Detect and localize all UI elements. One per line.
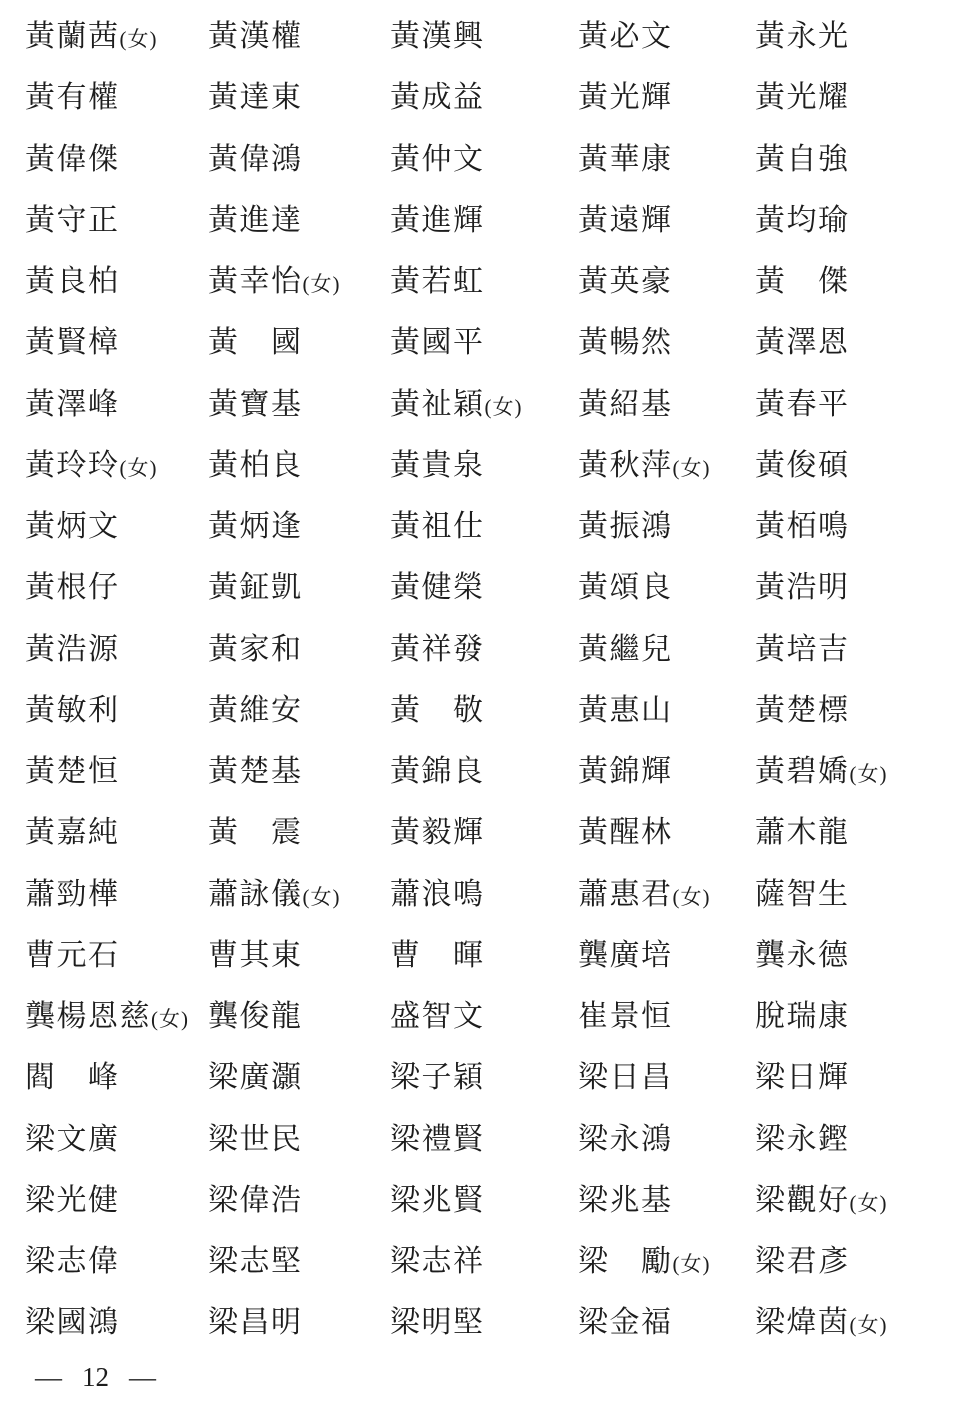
person-name: 黃家和 xyxy=(208,633,303,666)
name-entry: 梁煒茵(女) xyxy=(755,1304,959,1344)
person-name: 黃炳文 xyxy=(25,510,120,543)
name-entry: 梁兆基 xyxy=(578,1182,755,1220)
name-entry: 黃錦輝 xyxy=(578,753,755,791)
person-name: 閻 峰 xyxy=(25,1061,120,1094)
person-name: 黃秋萍 xyxy=(578,449,673,482)
person-name: 黃炳逢 xyxy=(208,510,303,543)
person-name: 黃春平 xyxy=(755,388,850,421)
name-entry: 黃偉鴻 xyxy=(208,141,390,179)
person-name: 梁兆基 xyxy=(578,1184,673,1217)
person-name: 黃敏利 xyxy=(25,694,120,727)
person-name: 蕭勁樺 xyxy=(25,878,120,911)
name-entry: 黃敏利 xyxy=(25,692,208,730)
person-name: 黃華康 xyxy=(578,143,673,176)
name-entry: 黃俊碩 xyxy=(755,447,959,485)
name-grid: 黃蘭茜(女)黃漢權黃漢興黃必文黃永光黃有權黃達東黃成益黃光輝黃光耀黃偉傑黃偉鴻黃… xyxy=(25,18,959,1366)
name-entry: 薩智生 xyxy=(755,876,959,914)
person-name: 黃健榮 xyxy=(390,571,485,604)
name-entry: 龔俊龍 xyxy=(208,998,390,1036)
name-entry: 龔永德 xyxy=(755,937,959,975)
name-entry: 黃蘭茜(女) xyxy=(25,18,208,58)
person-name: 黃賢樟 xyxy=(25,326,120,359)
person-name: 黃進達 xyxy=(208,204,303,237)
person-name: 薩智生 xyxy=(755,878,850,911)
name-entry: 蕭勁樺 xyxy=(25,876,208,914)
name-entry: 梁廣灝 xyxy=(208,1059,390,1097)
name-entry: 黃漢權 xyxy=(208,18,390,56)
name-entry: 黃嘉純 xyxy=(25,814,208,852)
name-entry: 黃浩明 xyxy=(755,569,959,607)
person-name: 黃紹基 xyxy=(578,388,673,421)
female-marker: (女) xyxy=(120,27,158,51)
person-name: 黃漢權 xyxy=(208,20,303,53)
name-entry: 蕭詠儀(女) xyxy=(208,876,390,916)
name-entry: 黃浩源 xyxy=(25,631,208,669)
footer-left-dash: — xyxy=(35,1360,62,1394)
name-entry: 黃賢樟 xyxy=(25,324,208,362)
person-name: 黃永光 xyxy=(755,20,850,53)
person-name: 黃若虹 xyxy=(390,265,485,298)
person-name: 黃光輝 xyxy=(578,81,673,114)
person-name: 黃嘉純 xyxy=(25,816,120,849)
name-entry: 黃春平 xyxy=(755,386,959,424)
name-entry: 崔景恒 xyxy=(578,998,755,1036)
person-name: 梁兆賢 xyxy=(390,1184,485,1217)
name-entry: 黃進達 xyxy=(208,202,390,240)
female-marker: (女) xyxy=(850,1191,888,1215)
person-name: 黃頌良 xyxy=(578,571,673,604)
person-name: 梁文廣 xyxy=(25,1123,120,1156)
person-name: 龔廣培 xyxy=(578,939,673,972)
name-entry: 黃 傑 xyxy=(755,263,959,301)
name-entry: 梁志偉 xyxy=(25,1243,208,1281)
name-entry: 黃醒林 xyxy=(578,814,755,852)
name-entry: 梁文廣 xyxy=(25,1121,208,1159)
name-entry: 黃培吉 xyxy=(755,631,959,669)
person-name: 黃成益 xyxy=(390,81,485,114)
name-entry: 梁世民 xyxy=(208,1121,390,1159)
name-entry: 梁光健 xyxy=(25,1182,208,1220)
name-entry: 黃達東 xyxy=(208,79,390,117)
person-name: 黃 震 xyxy=(208,816,303,849)
person-name: 黃楚基 xyxy=(208,755,303,788)
name-entry: 黃自強 xyxy=(755,141,959,179)
name-entry: 黃守正 xyxy=(25,202,208,240)
person-name: 黃振鴻 xyxy=(578,510,673,543)
person-name: 黃貴泉 xyxy=(390,449,485,482)
name-entry: 黃鉦凱 xyxy=(208,569,390,607)
person-name: 黃祥發 xyxy=(390,633,485,666)
name-entry: 蕭惠君(女) xyxy=(578,876,755,916)
name-entry: 黃維安 xyxy=(208,692,390,730)
person-name: 黃必文 xyxy=(578,20,673,53)
name-entry: 黃良柏 xyxy=(25,263,208,301)
name-entry: 梁金福 xyxy=(578,1304,755,1342)
person-name: 黃毅輝 xyxy=(390,816,485,849)
person-name: 梁偉浩 xyxy=(208,1184,303,1217)
person-name: 梁 勵 xyxy=(578,1245,673,1278)
name-entry: 黃祉穎(女) xyxy=(390,386,578,426)
person-name: 黃澤峰 xyxy=(25,388,120,421)
name-entry: 梁永鴻 xyxy=(578,1121,755,1159)
person-name: 蕭詠儀 xyxy=(208,878,303,911)
person-name: 崔景恒 xyxy=(578,1000,673,1033)
person-name: 黃維安 xyxy=(208,694,303,727)
person-name: 黃錦良 xyxy=(390,755,485,788)
name-entry: 黃毅輝 xyxy=(390,814,578,852)
person-name: 梁永鴻 xyxy=(578,1123,673,1156)
name-entry: 黃根仔 xyxy=(25,569,208,607)
person-name: 曹 暉 xyxy=(390,939,485,972)
name-entry: 黃祥發 xyxy=(390,631,578,669)
person-name: 黃自強 xyxy=(755,143,850,176)
page-number: 12 xyxy=(82,1360,109,1394)
person-name: 龔俊龍 xyxy=(208,1000,303,1033)
name-entry: 梁觀好(女) xyxy=(755,1182,959,1222)
name-entry: 黃楚標 xyxy=(755,692,959,730)
person-name: 黃培吉 xyxy=(755,633,850,666)
person-name: 黃玲玲 xyxy=(25,449,120,482)
person-name: 脫瑞康 xyxy=(755,1000,850,1033)
name-entry: 黃秋萍(女) xyxy=(578,447,755,487)
person-name: 黃根仔 xyxy=(25,571,120,604)
female-marker: (女) xyxy=(673,885,711,909)
person-name: 黃浩明 xyxy=(755,571,850,604)
name-entry: 黃英豪 xyxy=(578,263,755,301)
female-marker: (女) xyxy=(673,456,711,480)
name-entry: 黃 敬 xyxy=(390,692,578,730)
name-entry: 黃炳逢 xyxy=(208,508,390,546)
person-name: 梁世民 xyxy=(208,1123,303,1156)
name-entry: 黃振鴻 xyxy=(578,508,755,546)
female-marker: (女) xyxy=(120,456,158,480)
name-entry: 黃祖仕 xyxy=(390,508,578,546)
name-entry: 黃暢然 xyxy=(578,324,755,362)
person-name: 黃光耀 xyxy=(755,81,850,114)
page-footer: — 12 — xyxy=(35,1360,156,1394)
person-name: 黃 敬 xyxy=(390,694,485,727)
person-name: 黃惠山 xyxy=(578,694,673,727)
name-entry: 梁志堅 xyxy=(208,1243,390,1281)
person-name: 梁志偉 xyxy=(25,1245,120,1278)
female-marker: (女) xyxy=(850,762,888,786)
female-marker: (女) xyxy=(485,395,523,419)
person-name: 黃寶基 xyxy=(208,388,303,421)
name-entry: 梁 勵(女) xyxy=(578,1243,755,1283)
name-entry: 黃國平 xyxy=(390,324,578,362)
name-entry: 梁明堅 xyxy=(390,1304,578,1342)
name-entry: 黃均瑜 xyxy=(755,202,959,240)
name-entry: 黃寶基 xyxy=(208,386,390,424)
name-entry: 黃漢興 xyxy=(390,18,578,56)
person-name: 盛智文 xyxy=(390,1000,485,1033)
person-name: 曹其東 xyxy=(208,939,303,972)
name-entry: 黃貴泉 xyxy=(390,447,578,485)
female-marker: (女) xyxy=(673,1252,711,1276)
name-entry: 黃偉傑 xyxy=(25,141,208,179)
footer-right-dash: — xyxy=(129,1360,156,1394)
person-name: 梁觀好 xyxy=(755,1184,850,1217)
person-name: 龔楊恩慈 xyxy=(25,1000,151,1033)
person-name: 梁永鏗 xyxy=(755,1123,850,1156)
person-name: 梁君彥 xyxy=(755,1245,850,1278)
name-entry: 黃有權 xyxy=(25,79,208,117)
person-name: 梁明堅 xyxy=(390,1306,485,1339)
person-name: 梁日輝 xyxy=(755,1061,850,1094)
person-name: 梁禮賢 xyxy=(390,1123,485,1156)
person-name: 黃良柏 xyxy=(25,265,120,298)
person-name: 黃醒林 xyxy=(578,816,673,849)
person-name: 黃俊碩 xyxy=(755,449,850,482)
name-entry: 梁禮賢 xyxy=(390,1121,578,1159)
person-name: 黃錦輝 xyxy=(578,755,673,788)
person-name: 曹元石 xyxy=(25,939,120,972)
document-page: 黃蘭茜(女)黃漢權黃漢興黃必文黃永光黃有權黃達東黃成益黃光輝黃光耀黃偉傑黃偉鴻黃… xyxy=(0,0,959,1417)
name-entry: 黃光耀 xyxy=(755,79,959,117)
person-name: 黃繼兒 xyxy=(578,633,673,666)
name-entry: 黃光輝 xyxy=(578,79,755,117)
female-marker: (女) xyxy=(151,1007,189,1031)
person-name: 黃漢興 xyxy=(390,20,485,53)
person-name: 黃 國 xyxy=(208,326,303,359)
female-marker: (女) xyxy=(850,1313,888,1337)
person-name: 梁志祥 xyxy=(390,1245,485,1278)
name-entry: 黃栢鳴 xyxy=(755,508,959,546)
person-name: 梁金福 xyxy=(578,1306,673,1339)
name-entry: 黃若虹 xyxy=(390,263,578,301)
name-entry: 黃錦良 xyxy=(390,753,578,791)
person-name: 蕭浪鳴 xyxy=(390,878,485,911)
person-name: 梁煒茵 xyxy=(755,1306,850,1339)
name-entry: 蕭木龍 xyxy=(755,814,959,852)
name-entry: 黃澤峰 xyxy=(25,386,208,424)
person-name: 梁子穎 xyxy=(390,1061,485,1094)
name-entry: 黃柏良 xyxy=(208,447,390,485)
person-name: 黃偉鴻 xyxy=(208,143,303,176)
name-entry: 梁君彥 xyxy=(755,1243,959,1281)
name-entry: 黃紹基 xyxy=(578,386,755,424)
person-name: 黃國平 xyxy=(390,326,485,359)
name-entry: 曹元石 xyxy=(25,937,208,975)
name-entry: 蕭浪鳴 xyxy=(390,876,578,914)
person-name: 黃浩源 xyxy=(25,633,120,666)
person-name: 梁光健 xyxy=(25,1184,120,1217)
name-entry: 黃楚恒 xyxy=(25,753,208,791)
person-name: 黃鉦凱 xyxy=(208,571,303,604)
name-entry: 黃繼兒 xyxy=(578,631,755,669)
female-marker: (女) xyxy=(303,272,341,296)
name-entry: 黃成益 xyxy=(390,79,578,117)
female-marker: (女) xyxy=(303,885,341,909)
name-entry: 黃家和 xyxy=(208,631,390,669)
name-entry: 黃永光 xyxy=(755,18,959,56)
person-name: 黃祉穎 xyxy=(390,388,485,421)
person-name: 黃 傑 xyxy=(755,265,850,298)
name-entry: 黃碧嬌(女) xyxy=(755,753,959,793)
name-entry: 黃楚基 xyxy=(208,753,390,791)
name-entry: 黃頌良 xyxy=(578,569,755,607)
name-entry: 梁偉浩 xyxy=(208,1182,390,1220)
name-entry: 梁昌明 xyxy=(208,1304,390,1342)
name-entry: 黃 震 xyxy=(208,814,390,852)
person-name: 黃暢然 xyxy=(578,326,673,359)
person-name: 黃碧嬌 xyxy=(755,755,850,788)
person-name: 黃栢鳴 xyxy=(755,510,850,543)
person-name: 黃仲文 xyxy=(390,143,485,176)
name-entry: 黃華康 xyxy=(578,141,755,179)
person-name: 黃達東 xyxy=(208,81,303,114)
person-name: 黃守正 xyxy=(25,204,120,237)
person-name: 黃蘭茜 xyxy=(25,20,120,53)
person-name: 黃柏良 xyxy=(208,449,303,482)
person-name: 黃楚標 xyxy=(755,694,850,727)
name-entry: 龔楊恩慈(女) xyxy=(25,998,208,1038)
person-name: 黃英豪 xyxy=(578,265,673,298)
name-entry: 梁日輝 xyxy=(755,1059,959,1097)
person-name: 梁國鴻 xyxy=(25,1306,120,1339)
person-name: 黃遠輝 xyxy=(578,204,673,237)
name-entry: 盛智文 xyxy=(390,998,578,1036)
name-entry: 閻 峰 xyxy=(25,1059,208,1097)
name-entry: 黃幸怡(女) xyxy=(208,263,390,303)
person-name: 黃楚恒 xyxy=(25,755,120,788)
name-entry: 曹其東 xyxy=(208,937,390,975)
name-entry: 梁國鴻 xyxy=(25,1304,208,1342)
name-entry: 龔廣培 xyxy=(578,937,755,975)
name-entry: 黃 國 xyxy=(208,324,390,362)
name-entry: 梁子穎 xyxy=(390,1059,578,1097)
name-entry: 黃澤恩 xyxy=(755,324,959,362)
person-name: 梁日昌 xyxy=(578,1061,673,1094)
person-name: 黃澤恩 xyxy=(755,326,850,359)
name-entry: 黃健榮 xyxy=(390,569,578,607)
person-name: 龔永德 xyxy=(755,939,850,972)
person-name: 黃祖仕 xyxy=(390,510,485,543)
person-name: 梁志堅 xyxy=(208,1245,303,1278)
person-name: 梁昌明 xyxy=(208,1306,303,1339)
name-entry: 梁志祥 xyxy=(390,1243,578,1281)
name-entry: 脫瑞康 xyxy=(755,998,959,1036)
person-name: 蕭惠君 xyxy=(578,878,673,911)
person-name: 黃均瑜 xyxy=(755,204,850,237)
name-entry: 梁日昌 xyxy=(578,1059,755,1097)
name-entry: 黃必文 xyxy=(578,18,755,56)
person-name: 梁廣灝 xyxy=(208,1061,303,1094)
name-entry: 黃仲文 xyxy=(390,141,578,179)
person-name: 黃幸怡 xyxy=(208,265,303,298)
person-name: 黃有權 xyxy=(25,81,120,114)
name-entry: 黃遠輝 xyxy=(578,202,755,240)
name-entry: 黃玲玲(女) xyxy=(25,447,208,487)
name-entry: 梁兆賢 xyxy=(390,1182,578,1220)
name-entry: 黃炳文 xyxy=(25,508,208,546)
person-name: 蕭木龍 xyxy=(755,816,850,849)
name-entry: 梁永鏗 xyxy=(755,1121,959,1159)
name-entry: 黃進輝 xyxy=(390,202,578,240)
person-name: 黃偉傑 xyxy=(25,143,120,176)
name-entry: 曹 暉 xyxy=(390,937,578,975)
person-name: 黃進輝 xyxy=(390,204,485,237)
name-entry: 黃惠山 xyxy=(578,692,755,730)
